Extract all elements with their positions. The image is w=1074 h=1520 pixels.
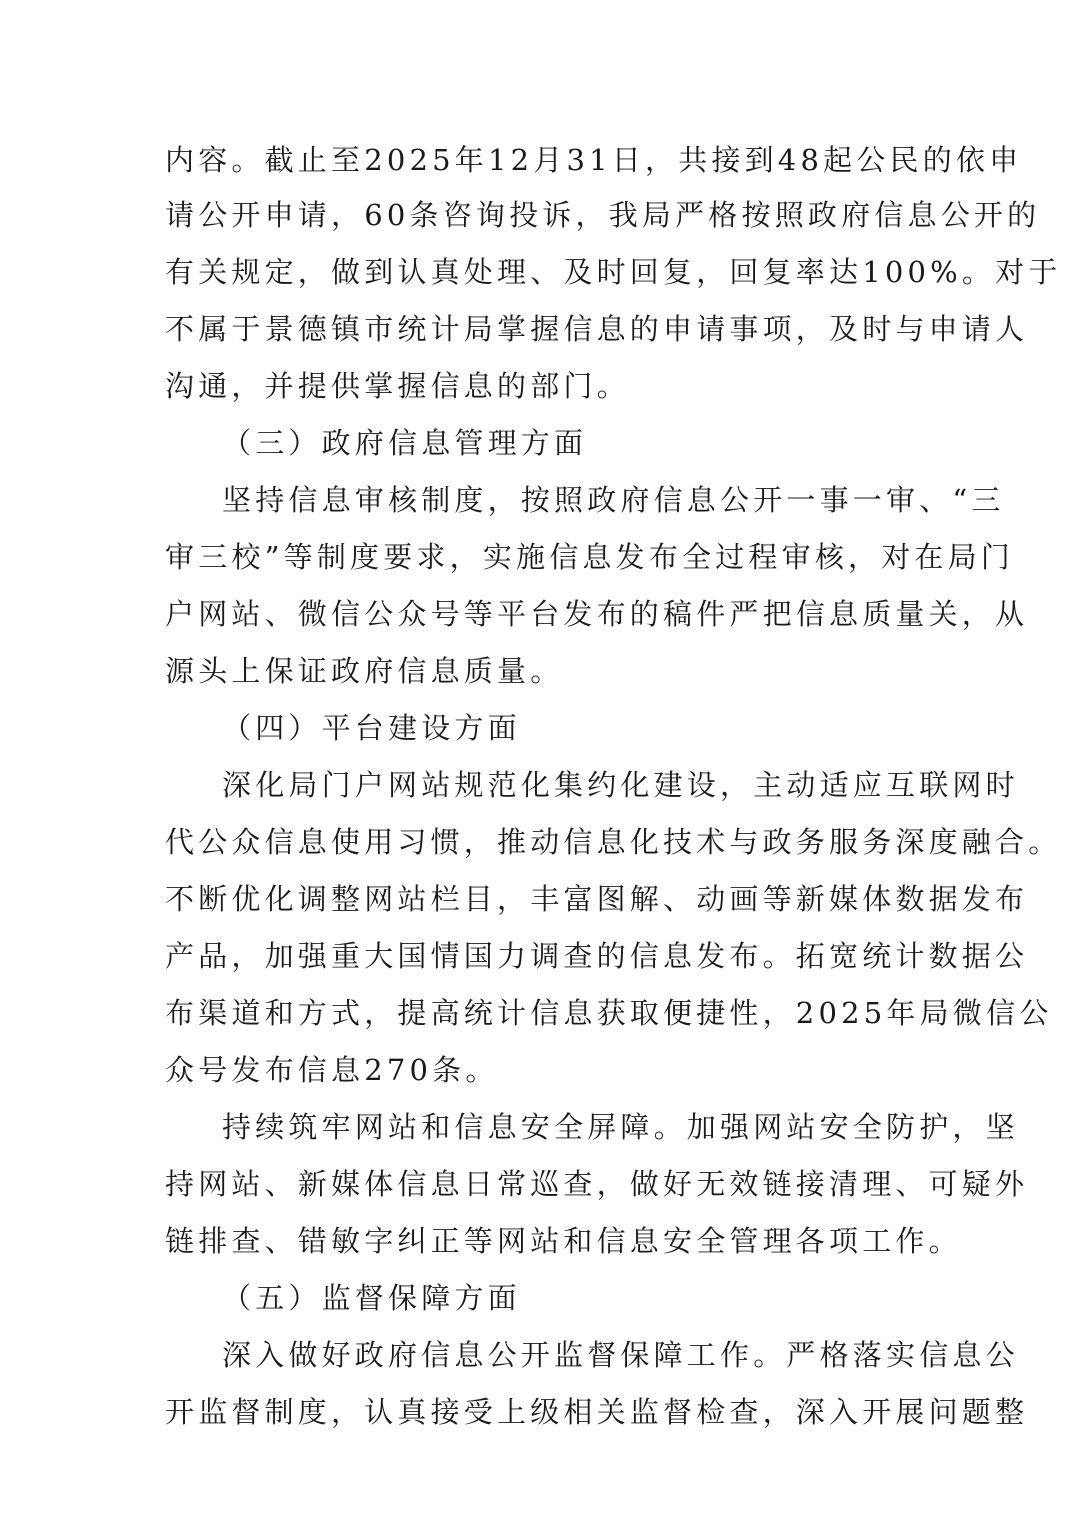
paragraph-line: 审三校”等制度要求，实施信息发布全过程审核，对在局门 [165, 537, 915, 577]
paragraph-line: 不断优化调整网站栏目，丰富图解、动画等新媒体数据发布 [165, 879, 915, 919]
paragraph-line: 内容。截止至2025年12月31日，共接到48起公民的依申 [165, 140, 915, 180]
paragraph-line: 不属于景德镇市统计局掌握信息的申请事项，及时与申请人 [165, 309, 915, 349]
document-page: 内容。截止至2025年12月31日，共接到48起公民的依申 请公开申请，60条咨… [0, 0, 1074, 1520]
paragraph-line: 沟通，并提供掌握信息的部门。 [165, 366, 915, 406]
section-heading-5: （五）监督保障方面 [222, 1278, 521, 1318]
paragraph-line: 产品，加强重大国情国力调查的信息发布。拓宽统计数据公 [165, 936, 915, 976]
paragraph-line: 开监督制度，认真接受上级相关监督检查，深入开展问题整 [165, 1392, 915, 1432]
paragraph-line: 深化局门户网站规范化集约化建设，主动适应互联网时 [222, 765, 915, 805]
paragraph-line: 持网站、新媒体信息日常巡查，做好无效链接清理、可疑外 [165, 1164, 915, 1204]
section-heading-3: （三）政府信息管理方面 [222, 423, 587, 463]
paragraph-line: 链排查、错敏字纠正等网站和信息安全管理各项工作。 [165, 1221, 915, 1261]
paragraph-line: 户网站、微信公众号等平台发布的稿件严把信息质量关，从 [165, 594, 915, 634]
paragraph-line: 深入做好政府信息公开监督保障工作。严格落实信息公 [222, 1335, 915, 1375]
paragraph-line: 坚持信息审核制度，按照政府信息公开一事一审、“三 [222, 480, 915, 520]
paragraph-line: 代公众信息使用习惯，推动信息化技术与政务服务深度融合。 [165, 822, 915, 862]
paragraph-line: 众号发布信息270条。 [165, 1050, 915, 1090]
paragraph-line: 持续筑牢网站和信息安全屏障。加强网站安全防护，坚 [222, 1107, 915, 1147]
section-heading-4: （四）平台建设方面 [222, 708, 521, 748]
paragraph-line: 有关规定，做到认真处理、及时回复，回复率达100%。对于 [165, 252, 915, 292]
paragraph-line: 布渠道和方式，提高统计信息获取便捷性，2025年局微信公 [165, 993, 915, 1033]
paragraph-line: 请公开申请，60条咨询投诉，我局严格按照政府信息公开的 [165, 195, 915, 235]
paragraph-line: 源头上保证政府信息质量。 [165, 651, 915, 691]
